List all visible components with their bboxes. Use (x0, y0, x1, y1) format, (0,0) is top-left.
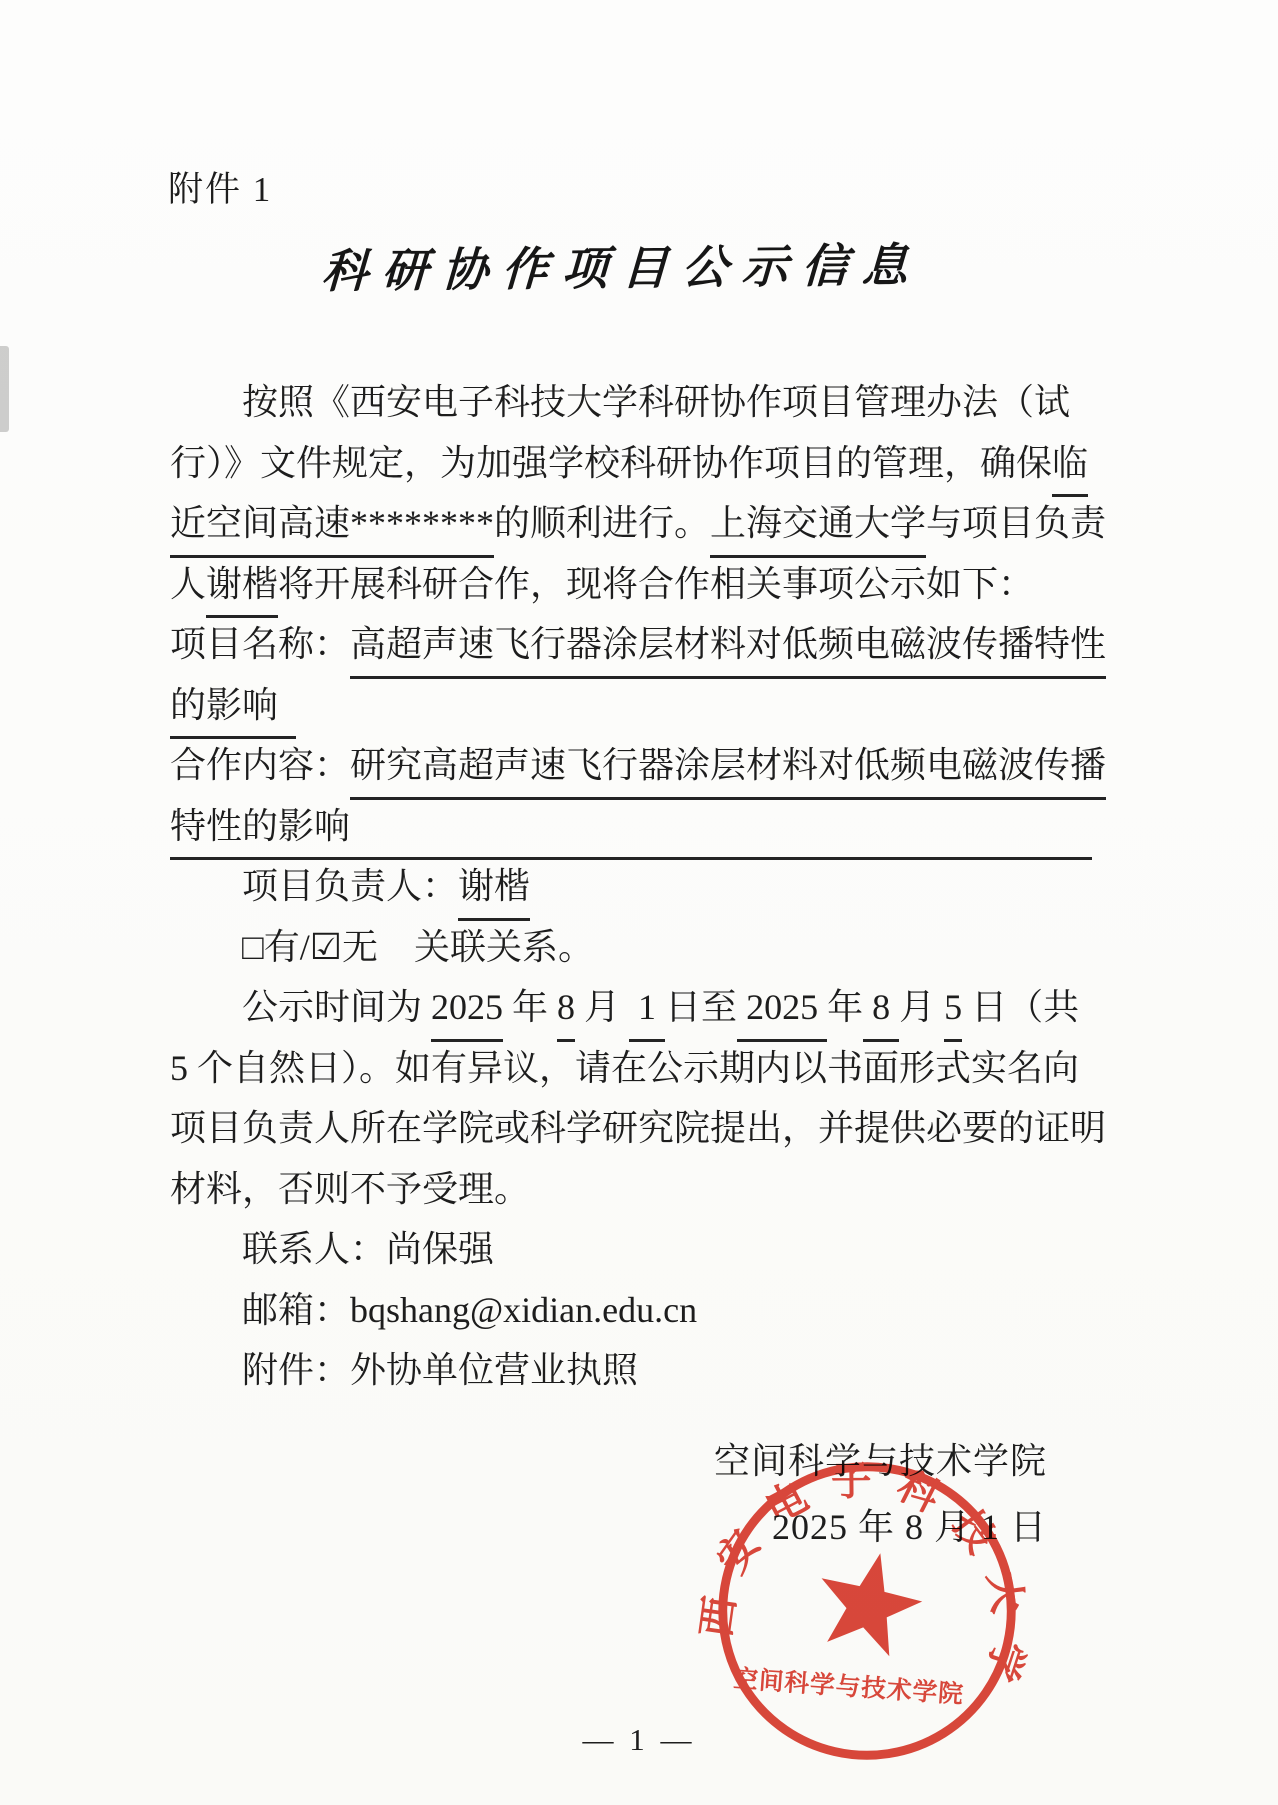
text-segment: 的影响 (170, 675, 296, 740)
text-segment: 研究高超声速飞行器涂层材料对低频电磁波传播 (350, 735, 1106, 800)
document-text-line: 项目名称：高超声速飞行器涂层材料对低频电磁波传播特性 (170, 614, 1092, 675)
text-segment: 日（共 (962, 977, 1079, 1038)
text-segment: 项目负责人所在学院或科学研究院提出，并提供必要的证明 (170, 1098, 1106, 1159)
document-text-line: 公示时间为 2025 年 8 月 1 日至 2025 年 8 月 5 日（共 (170, 977, 1092, 1038)
document-body: 按照《西安电子科技大学科研协作项目管理办法（试行）》文件规定，为加强学校科研协作… (170, 372, 1092, 1401)
text-segment (350, 796, 1092, 861)
document-text-line: 附件：外协单位营业执照 (170, 1340, 1092, 1401)
document-text-line: 邮箱：bqshang@xidian.edu.cn (170, 1280, 1092, 1341)
document-text-line: 合作内容：研究高超声速飞行器涂层材料对低频电磁波传播 (170, 735, 1092, 796)
text-segment: 将开展科研合作，现将合作相关事项公示如下： (278, 554, 1034, 615)
document-text-line: 行）》文件规定，为加强学校科研协作项目的管理，确保临 (170, 433, 1092, 494)
text-segment: 与项目负责 (926, 493, 1106, 554)
text-segment: 公示时间为 (242, 977, 431, 1038)
document-text-line: 人谢楷将开展科研合作，现将合作相关事项公示如下： (170, 554, 1092, 615)
scan-edge-artifact (0, 346, 9, 432)
scanned-document-page: 附件 1 科研协作项目公示信息 按照《西安电子科技大学科研协作项目管理办法（试行… (0, 0, 1278, 1805)
relationship-declaration-line: □有/☑无 关联关系。 (170, 917, 1092, 978)
text-segment: 特性的影响 (170, 796, 350, 861)
text-segment: 上海交通大学 (710, 493, 926, 558)
checkbox-checked-icon: ☑ (310, 917, 342, 978)
text-segment: 2025 (431, 977, 503, 1042)
text-segment: 年 (827, 977, 863, 1038)
text-segment: 8 (557, 977, 575, 1042)
text-segment: 按照《西安电子科技大学科研协作项目管理办法（试 (242, 372, 1070, 433)
document-text-line: 项目负责人：谢楷 (170, 856, 1092, 917)
document-text-line: 近空间高速********的顺利进行。上海交通大学与项目负责 (170, 493, 1092, 554)
document-text-line: 联系人：尚保强 (170, 1219, 1092, 1280)
attachment-label: 附件 1 (168, 162, 272, 212)
document-text-line: 5 个自然日）。如有异议，请在公示期内以书面形式实名向 (170, 1038, 1092, 1099)
document-text-line: 材料，否则不予受理。 (170, 1159, 1092, 1220)
text-segment: 邮箱：bqshang@xidian.edu.cn (242, 1280, 697, 1341)
document-title: 科研协作项目公示信息 (0, 225, 1245, 304)
text-segment: 高超声速飞行器涂层材料对低频电磁波传播特性 (350, 614, 1106, 679)
text-segment: 近空间高速******** (170, 493, 494, 558)
text-segment: 2025 (737, 977, 827, 1042)
text-segment: 人 (170, 554, 206, 615)
text-segment: 项目负责人： (242, 856, 458, 917)
text-segment: 月 (575, 977, 629, 1038)
text-segment: 8 (863, 977, 899, 1042)
document-text-line: 的影响 (170, 675, 1092, 736)
text-segment: 的顺利进行。 (494, 493, 710, 554)
text-segment: 月 (899, 977, 944, 1038)
text-segment: 谢楷 (206, 554, 278, 619)
text-segment: 年 (503, 977, 557, 1038)
star-icon (808, 1542, 931, 1661)
seal-college-text: 空间科学与技术学院 (732, 1664, 965, 1709)
document-text-line: 按照《西安电子科技大学科研协作项目管理办法（试 (170, 372, 1092, 433)
text-segment: 材料，否则不予受理。 (170, 1159, 530, 1220)
text-segment: 5 个自然日）。如有异议，请在公示期内以书面形式实名向 (170, 1038, 1079, 1099)
text-segment: 5 (944, 977, 962, 1042)
text-segment: 无 关联关系。 (342, 917, 594, 978)
document-text-line: 特性的影响 (170, 796, 1092, 857)
text-segment: 有/ (264, 917, 310, 978)
text-segment: 临 (1052, 433, 1088, 498)
checkbox-unchecked-icon: □ (242, 917, 264, 978)
page-number: — 1 — (0, 1722, 1278, 1758)
document-text-line: 项目负责人所在学院或科学研究院提出，并提供必要的证明 (170, 1098, 1092, 1159)
text-segment: 附件：外协单位营业执照 (242, 1340, 638, 1401)
text-segment: 1 (629, 977, 665, 1042)
text-segment: 行）》文件规定，为加强学校科研协作项目的管理，确保 (170, 433, 1052, 494)
text-segment: 合作内容： (170, 735, 350, 796)
text-segment: 谢楷 (458, 856, 530, 921)
text-segment: 项目名称： (170, 614, 350, 675)
text-segment: 日至 (665, 977, 737, 1038)
text-segment: 联系人：尚保强 (242, 1219, 494, 1280)
